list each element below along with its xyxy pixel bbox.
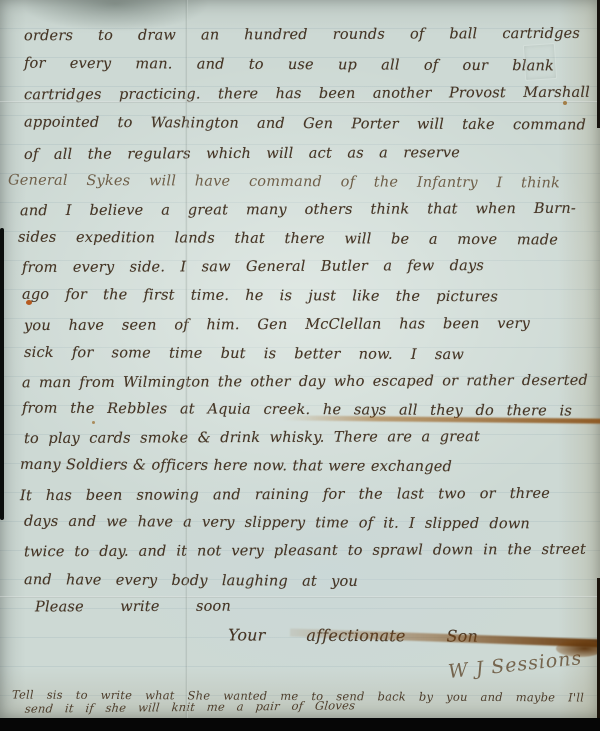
stain-blotch: [556, 640, 600, 657]
fold-line: [0, 596, 600, 598]
letter-line: Please write soon: [35, 599, 231, 617]
letter-line: appointed to Washington and Gen Porter w…: [24, 115, 586, 135]
letter-line: many Soldiers & officers here now. that …: [20, 457, 452, 476]
letter-line: to play cards smoke & drink whisky. Ther…: [24, 429, 480, 448]
letter-line: twice to day. and it not very pleasant t…: [24, 542, 586, 561]
letter-line: a man from Wilmington the other day who …: [22, 373, 588, 392]
letter-line: General Sykes will have command of the I…: [8, 173, 560, 193]
scanned-letter: orders to draw an hundred rounds of ball…: [0, 0, 600, 731]
ink-spot: [26, 300, 32, 305]
letter-line: orders to draw an hundred rounds of ball…: [24, 26, 580, 45]
rust-speck: [92, 421, 95, 424]
letter-line: and have every body laughing at you: [24, 572, 358, 590]
letter-line: sides expedition lands that there will b…: [18, 230, 558, 249]
letter-line: and I believe a great many others think …: [20, 201, 576, 220]
vertical-crease: [185, 0, 188, 718]
letter-paper: orders to draw an hundred rounds of ball…: [0, 0, 600, 718]
rust-speck: [563, 101, 567, 105]
letter-line: days and we have a very slippery time of…: [24, 514, 530, 533]
fold-line: [0, 101, 600, 103]
letter-line: ago for the first time. he is just like …: [22, 287, 498, 306]
scan-edge-left: [0, 228, 4, 520]
letter-line: from every side. I saw General Butler a …: [22, 258, 484, 277]
letter-line: you have seen of him. Gen McClellan has …: [24, 316, 530, 335]
postscript-line: send it if she will knit me a pair of Gl…: [24, 699, 356, 716]
embossed-stamp: [523, 43, 557, 81]
letter-line: for every man. and to use up all of our …: [24, 56, 554, 75]
letter-line: sick for some time but is better now. I …: [24, 345, 464, 364]
letter-line: It has been snowing and raining for the …: [20, 486, 550, 505]
letter-line: of all the regulars which will act as a …: [24, 145, 460, 164]
